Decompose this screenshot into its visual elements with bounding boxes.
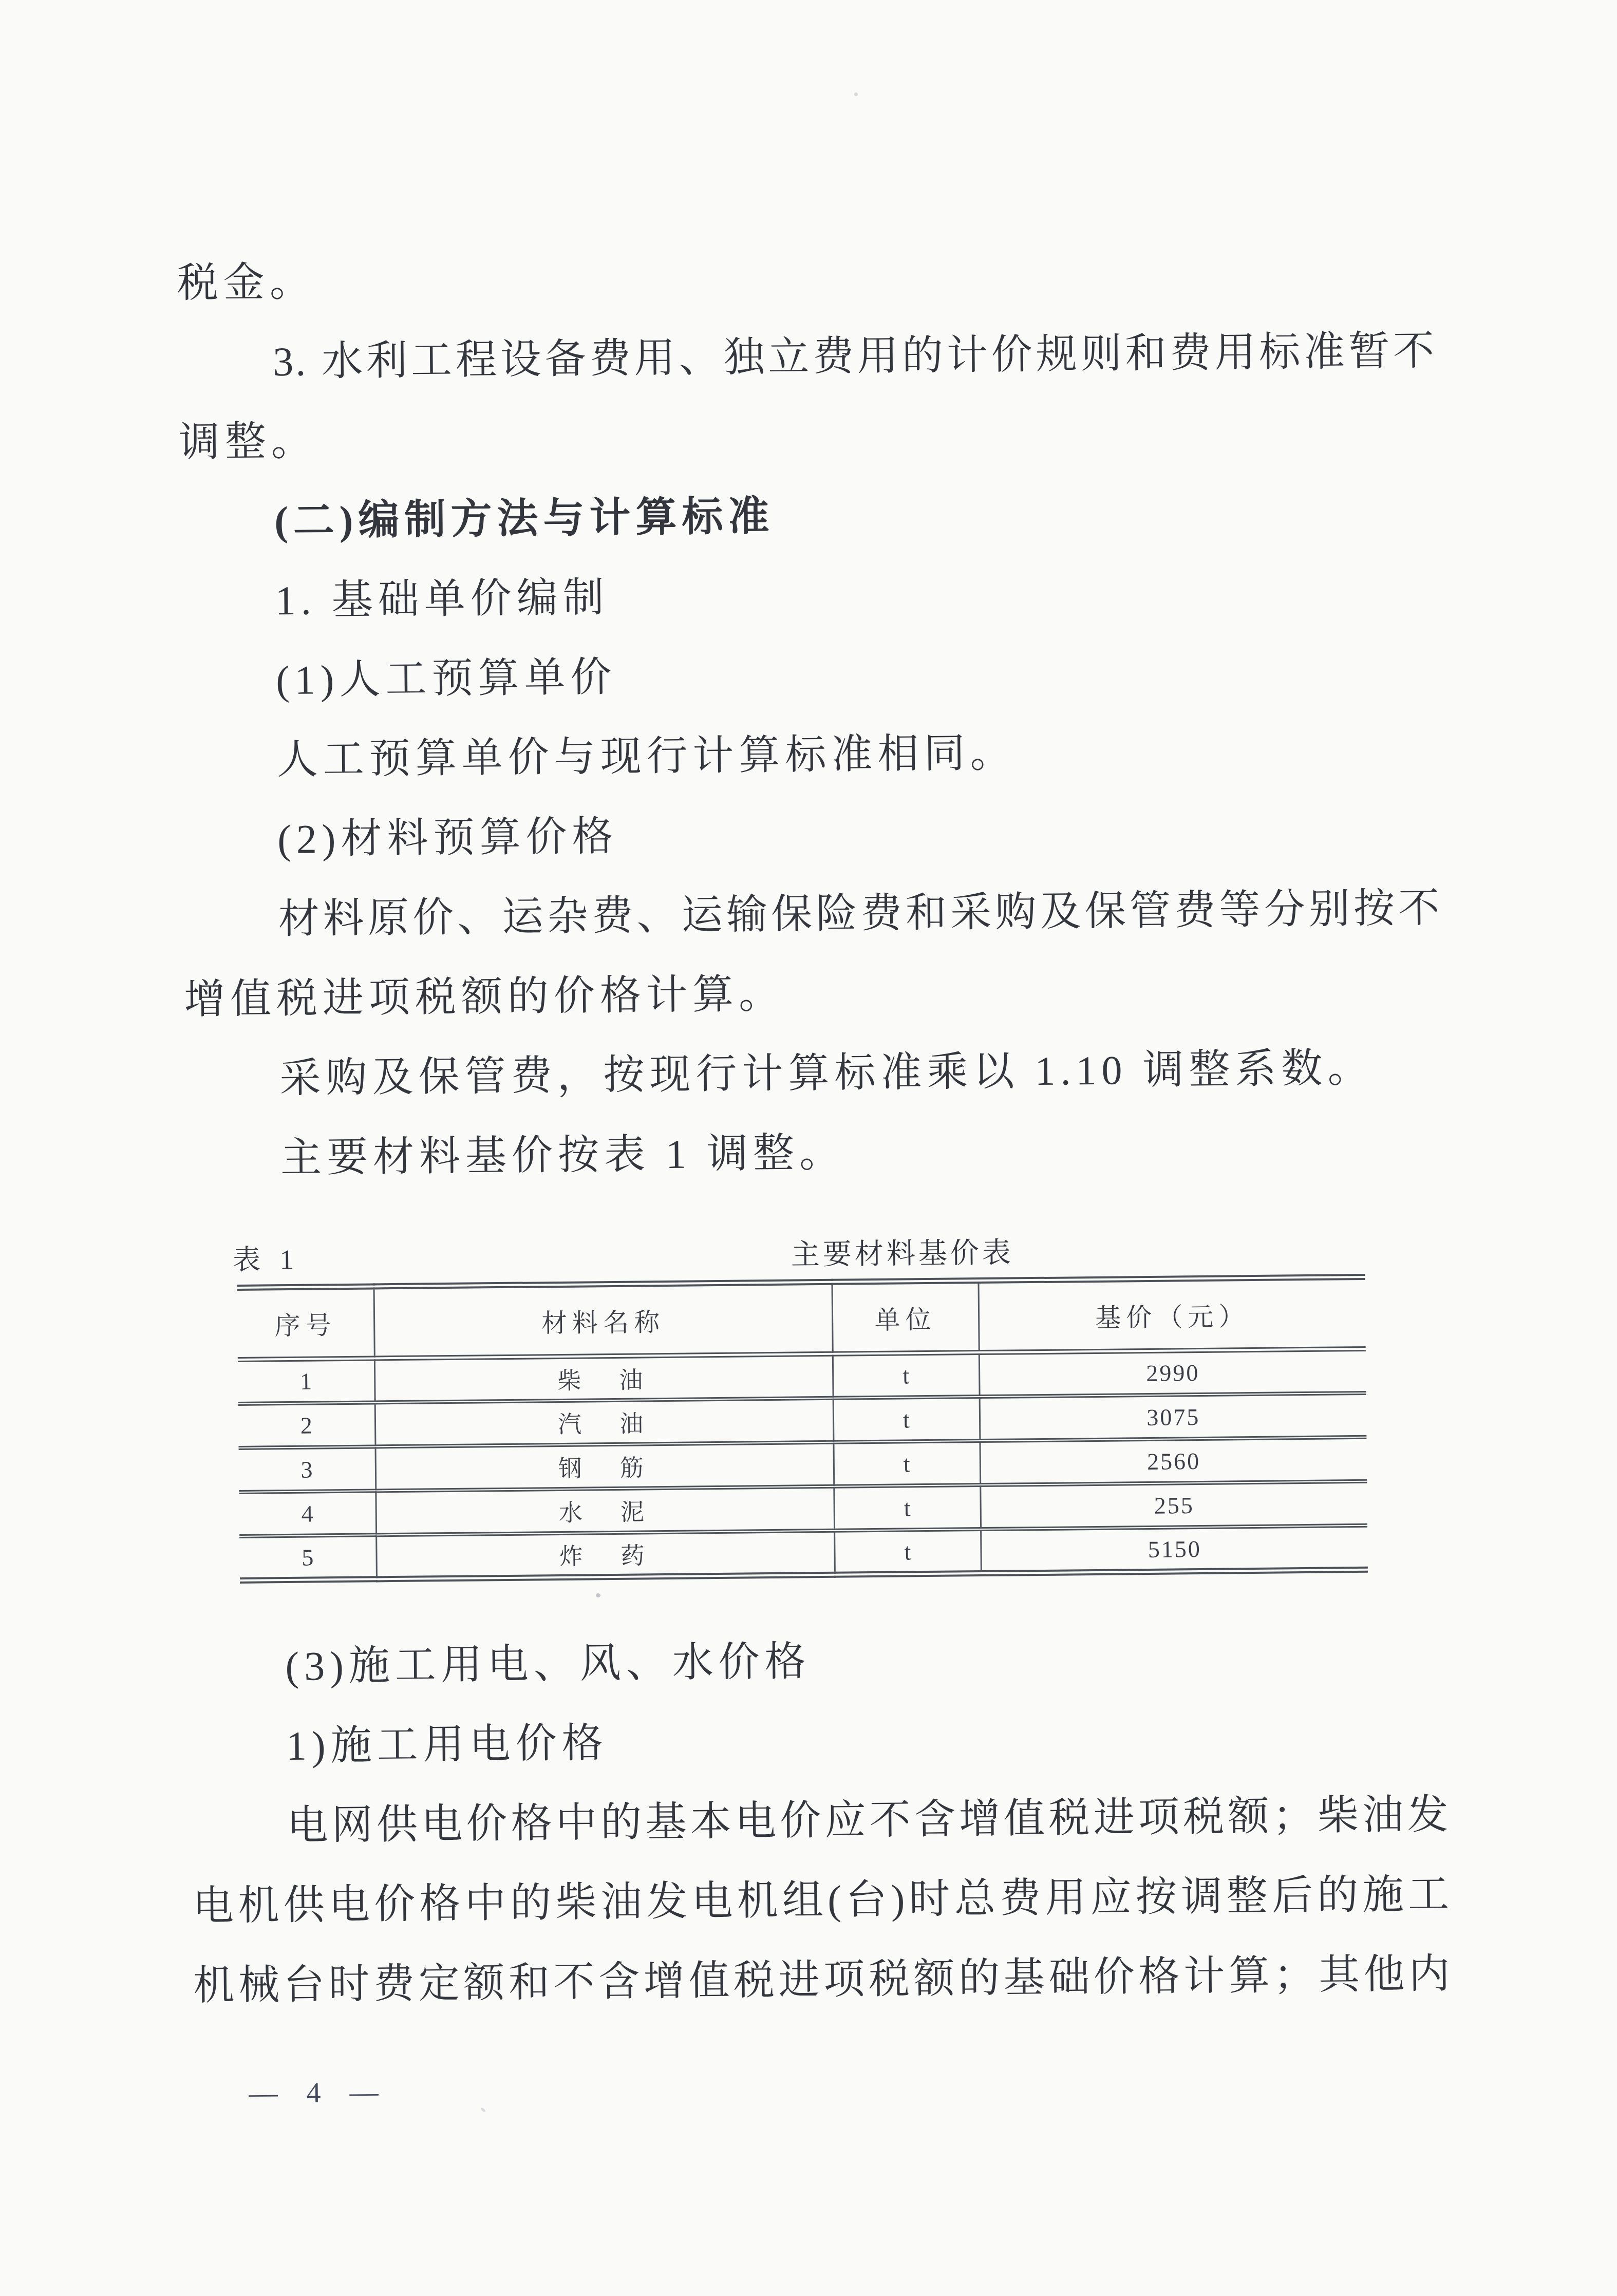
text-line: 1. 基础单价编制 xyxy=(180,550,1439,642)
text-line: 人工预算单价与现行计算标准相同。 xyxy=(181,709,1440,801)
column-header-material: 材料名称 xyxy=(373,1282,832,1359)
text-line: 增值税进项税额的价格计算。 xyxy=(183,948,1442,1040)
cell-material: 汽 油 xyxy=(375,1398,834,1447)
text-line: 调整。 xyxy=(178,391,1437,483)
column-header-seq: 序号 xyxy=(237,1286,374,1360)
cell-price: 3075 xyxy=(980,1393,1367,1441)
cell-material: 炸 药 xyxy=(376,1531,835,1579)
material-base-price-table: 序号 材料名称 单位 基价（元） 1 柴 油 t 2990 2 汽 油 t 30 xyxy=(237,1274,1367,1584)
text-line: 电网供电价格中的基本电价应不含增值税进项税额；柴油发 xyxy=(192,1775,1451,1867)
cell-unit: t xyxy=(833,1352,980,1398)
cell-price: 2560 xyxy=(980,1437,1367,1485)
text-line: 材料原价、运杂费、运输保险费和采购及保管费等分别按不含 xyxy=(183,869,1442,961)
scanned-document-page: 税金。 3. 水利工程设备费用、独立费用的计价规则和费用标准暂不 调整。 (二)… xyxy=(0,0,1617,2296)
scan-artifact-dot xyxy=(596,1593,600,1597)
cell-unit: t xyxy=(834,1485,981,1531)
column-header-unit: 单位 xyxy=(832,1281,979,1354)
text-line: (1)人工预算单价 xyxy=(180,630,1439,722)
text-line: (3)施工用电、风、水价格 xyxy=(190,1616,1449,1708)
cell-seq: 2 xyxy=(238,1402,375,1448)
cell-material: 钢 筋 xyxy=(375,1442,834,1491)
document-content: 税金。 3. 水利工程设备费用、独立费用的计价规则和费用标准暂不 调整。 (二)… xyxy=(177,232,1453,2110)
text-line: 电机供电价格中的柴油发电机组(台)时总费用应按调整后的施工 xyxy=(192,1855,1451,1947)
cell-seq: 5 xyxy=(239,1535,377,1580)
text-line: 机械台时费定额和不含增值税进项税额的基础价格计算；其他内 xyxy=(193,1934,1452,2026)
page-number: — 4 — xyxy=(194,2065,1453,2111)
table-title: 主要材料基价表 xyxy=(360,1226,1445,1277)
text-line: (2)材料预算价格 xyxy=(182,789,1441,881)
cell-seq: 3 xyxy=(239,1446,376,1492)
cell-price: 2990 xyxy=(979,1349,1366,1397)
cell-unit: t xyxy=(833,1441,980,1486)
text-line: 主要材料基价按表 1 调整。 xyxy=(185,1107,1444,1199)
cell-seq: 1 xyxy=(238,1358,375,1404)
section-heading: (二)编制方法与计算标准 xyxy=(179,471,1438,562)
cell-material: 水 泥 xyxy=(375,1486,834,1535)
text-line: 3. 水利工程设备费用、独立费用的计价规则和费用标准暂不 xyxy=(177,311,1436,403)
scan-artifact-dot xyxy=(480,2107,486,2113)
column-header-price: 基价（元） xyxy=(978,1277,1365,1352)
table-label: 表 1 xyxy=(186,1237,361,1278)
scan-artifact-dot xyxy=(854,92,858,96)
text-line: 1)施工用电价格 xyxy=(191,1696,1450,1787)
cell-unit: t xyxy=(833,1397,980,1442)
cell-price: 5150 xyxy=(981,1526,1368,1573)
text-line: 采购及保管费，按现行计算标准乘以 1.10 调整系数。 xyxy=(184,1028,1443,1120)
cell-seq: 4 xyxy=(239,1491,376,1536)
cell-price: 255 xyxy=(980,1481,1367,1529)
cell-unit: t xyxy=(834,1529,981,1575)
text-line: 税金。 xyxy=(177,232,1436,324)
text-block: (3)施工用电、风、水价格 1)施工用电价格 电网供电价格中的基本电价应不含增值… xyxy=(190,1616,1452,2026)
table-header-row: 序号 材料名称 单位 基价（元） xyxy=(237,1277,1366,1360)
cell-material: 柴 油 xyxy=(374,1354,833,1403)
